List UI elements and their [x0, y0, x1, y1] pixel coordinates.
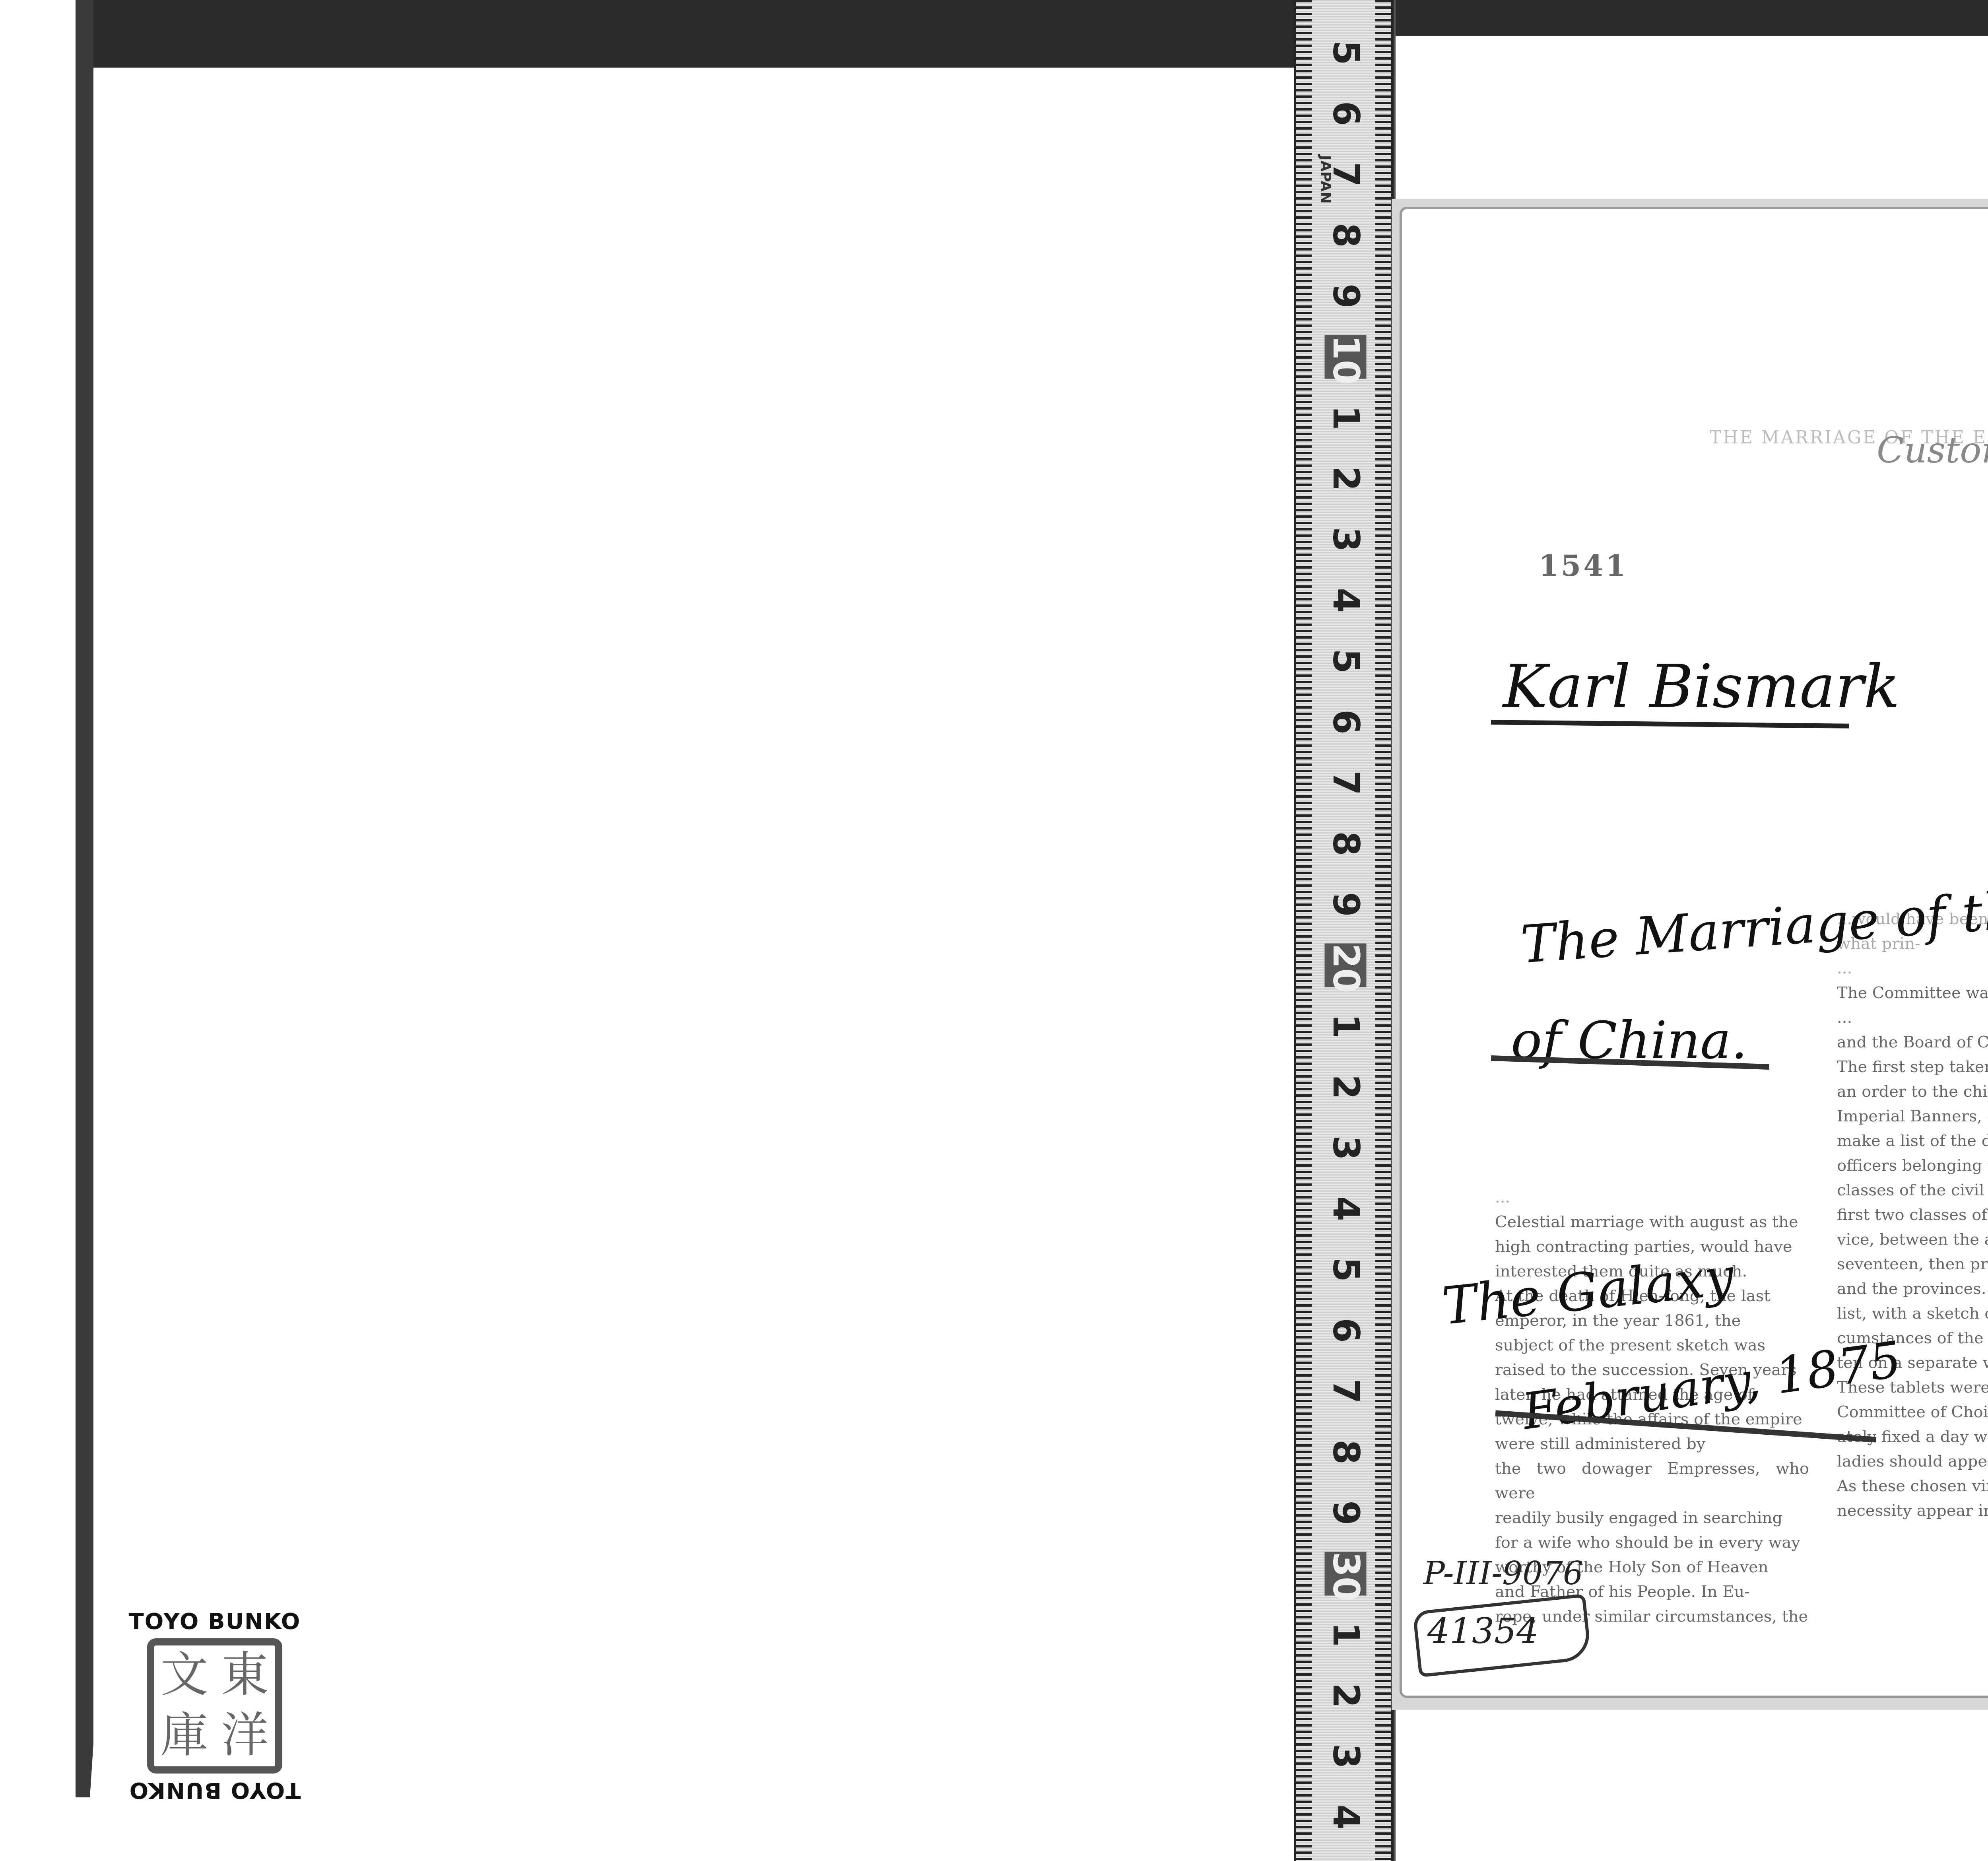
call-number: P-III-9076 — [1423, 1555, 1583, 1592]
ruler-number: 3 — [1325, 518, 1367, 561]
ruler-number: 6 — [1325, 92, 1367, 136]
ruler-number: 9 — [1325, 274, 1367, 318]
clipping-line: the two dowager Empresses, who were — [1495, 1456, 1809, 1506]
clipping-line: Imperial Banners, directing them to — [1837, 1104, 1988, 1129]
ruler-ticks-right — [1375, 0, 1391, 1861]
scanner-shadow-top-right — [1392, 0, 1988, 36]
stamp-label: TOYO BUNKO — [127, 1610, 302, 1633]
ruler-number: 5 — [1325, 1248, 1367, 1292]
seal-char: 庫 — [154, 1706, 215, 1766]
ruler-number: 8 — [1325, 1430, 1367, 1474]
clipping-line: Celestial marriage with august as the — [1495, 1210, 1809, 1234]
ruler-number: 6 — [1325, 1309, 1367, 1352]
clipping-line: list, with a sketch of the family cir- — [1837, 1301, 1988, 1326]
measuring-ruler: JAPAN 567891012345678920123456789301234 — [1294, 0, 1394, 1861]
ruler-number: 2 — [1325, 1674, 1367, 1717]
clipping-line: The Committee was presided over by — [1837, 981, 1988, 1005]
seal-char: 洋 — [215, 1706, 275, 1766]
seal-char: 文 — [154, 1645, 215, 1706]
ruler-number: 2 — [1325, 457, 1367, 501]
accession-number: 1541 — [1539, 549, 1628, 583]
author-name: Karl Bismark — [1503, 652, 1900, 721]
clipping-line: and the provinces. Each name on the — [1837, 1276, 1988, 1301]
ruler-number: 4 — [1325, 1187, 1367, 1231]
seal-icon: 文 東 庫 洋 — [147, 1638, 282, 1774]
clipping-line: first two classes of the military ser- — [1837, 1202, 1988, 1227]
ruler-number: 7 — [1325, 153, 1367, 196]
toyo-bunko-stamp-bottom: TOYO BUNKO 文 東 庫 洋 TOYO BUNKO — [127, 1610, 302, 1801]
ruler-number: 1 — [1325, 1004, 1367, 1048]
ruler-number: 9 — [1325, 1491, 1367, 1535]
clipping-line: The first step taken was the issuing of — [1837, 1055, 1988, 1079]
catalog-number: 41354 — [1427, 1610, 1539, 1651]
ruler-number: 8 — [1325, 822, 1367, 866]
ruler-number: 7 — [1325, 761, 1367, 805]
seal-char: 東 — [215, 1645, 275, 1706]
clipping-line: vice, between the ages of twelve and — [1837, 1227, 1988, 1252]
ruler-number: 3 — [1325, 1735, 1367, 1778]
clipping-line: necessity appear in a more or less — [1837, 1498, 1988, 1523]
ruler-number: 6 — [1325, 700, 1367, 744]
ruler-number: 7 — [1325, 1370, 1367, 1413]
ruler-number: 1 — [1325, 1613, 1367, 1657]
ruler-number: 4 — [1325, 1795, 1367, 1839]
clipping-line: Committee of Choice, which immedi- — [1837, 1400, 1988, 1424]
clipping-line: As these chosen virgins must of — [1837, 1474, 1988, 1498]
pencil-note: Customs — [1877, 429, 1988, 471]
clipping-line: make a list of the daughters of all — [1837, 1129, 1988, 1153]
blank-left-page — [93, 68, 1286, 1861]
ruler-number: 1 — [1325, 396, 1367, 440]
ruler-number: 2 — [1325, 1065, 1367, 1109]
ruler-number: 9 — [1325, 883, 1367, 927]
ruler-number: 4 — [1325, 579, 1367, 622]
stamp-label-inverted: TOYO BUNKO — [127, 1779, 302, 1801]
clipping-right-column: ...would have beenwhat prin-...The Commi… — [1837, 907, 1988, 1523]
ruler-number: 5 — [1325, 639, 1367, 683]
clipping-line: an order to the chiefs of the Eight — [1837, 1079, 1988, 1104]
ruler-number: 20 — [1325, 944, 1367, 987]
clipping-line: ... — [1837, 956, 1988, 981]
ruler-ticks-left — [1296, 0, 1312, 1861]
scanner-shadow-left — [76, 0, 93, 1797]
ruler-number: 5 — [1325, 31, 1367, 75]
scanner-shadow-top-left — [76, 0, 1308, 68]
clipping-line: readily busily engaged in searching — [1495, 1506, 1809, 1530]
ruler-number: 8 — [1325, 214, 1367, 257]
clipping-line: ... — [1495, 1185, 1809, 1210]
clipping-line: for a wife who should be in every way — [1495, 1530, 1809, 1555]
clipping-line: and the Board of Ceremonies. — [1837, 1030, 1988, 1055]
clipping-line: ... — [1837, 1005, 1988, 1030]
clipping-line: officers belonging to the first five — [1837, 1153, 1988, 1178]
clipping-line: seventeen, then present in the capital — [1837, 1252, 1988, 1276]
ruler-number: 3 — [1325, 1126, 1367, 1170]
clipping-line: ladies should appear before them. — [1837, 1449, 1988, 1474]
ruler-number: 10 — [1325, 335, 1367, 379]
ruler-number: 30 — [1325, 1552, 1367, 1596]
clipping-line: classes of the civil service, and to the — [1837, 1178, 1988, 1202]
